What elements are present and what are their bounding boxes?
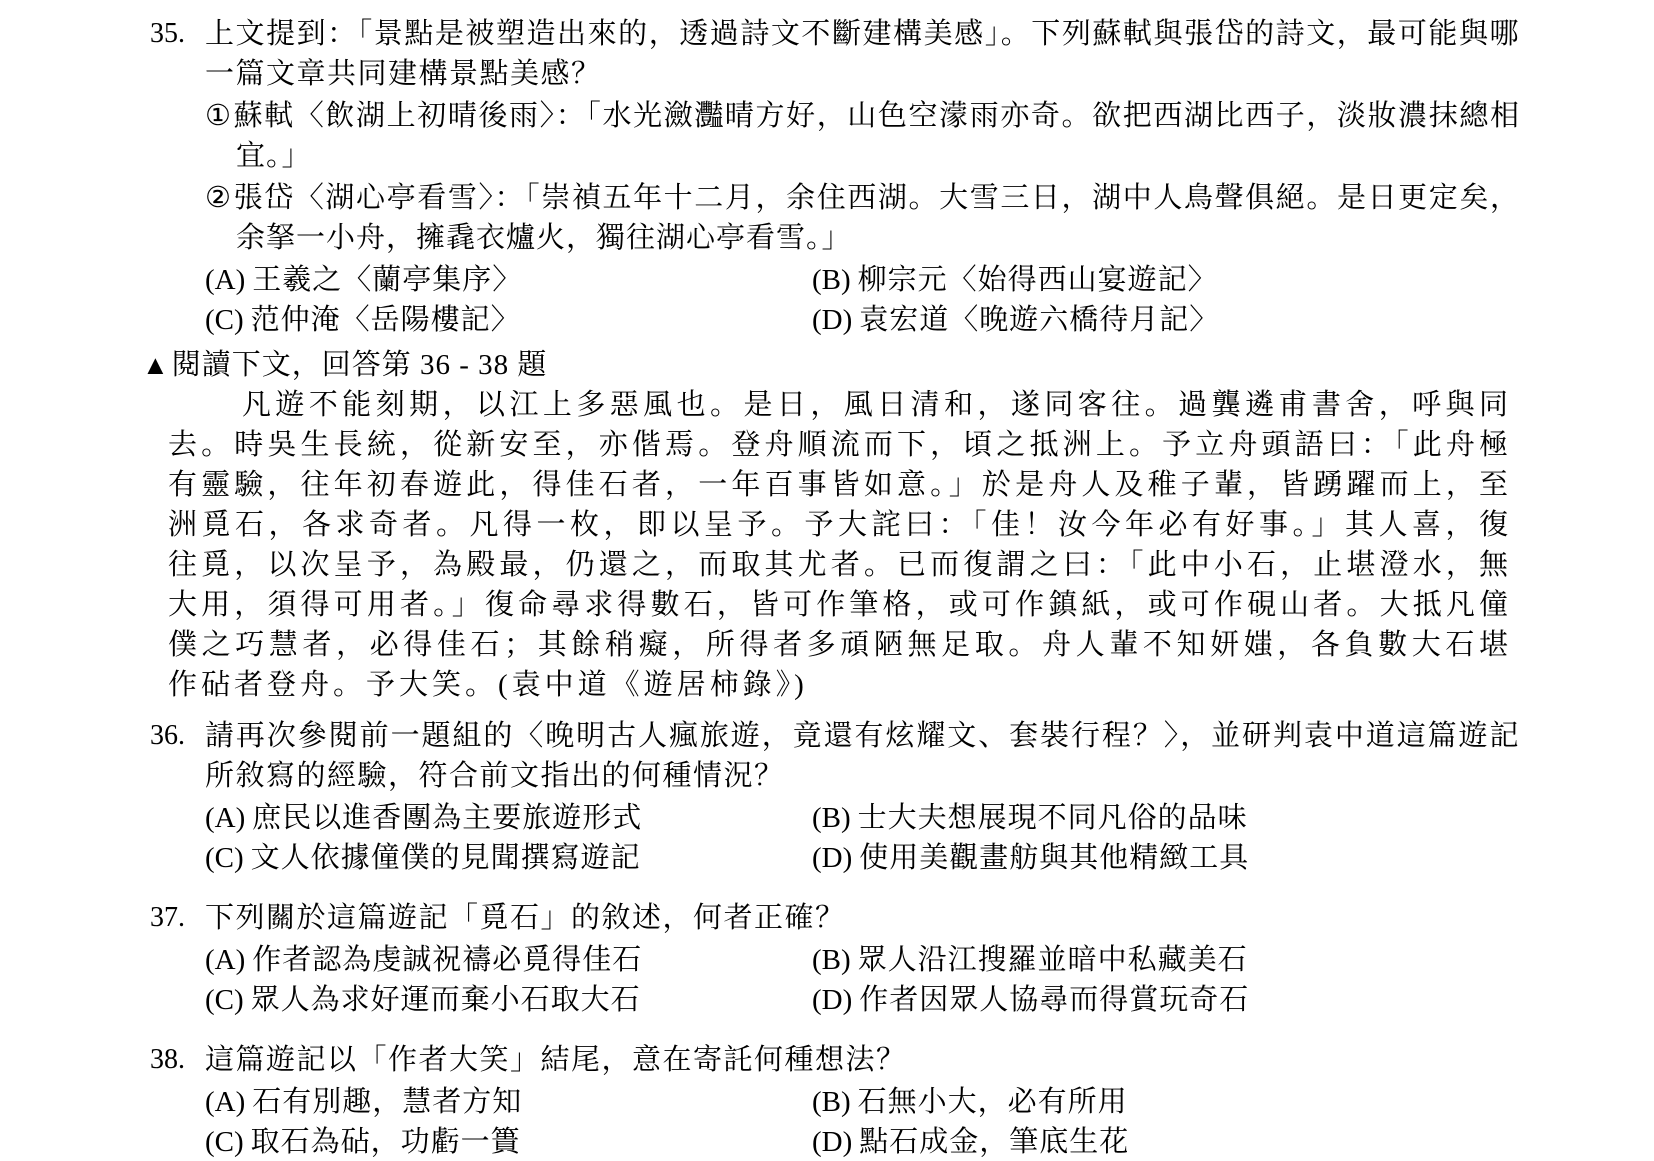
question-stem: 請再次參閱前一題組的〈晚明古人瘋旅遊，竟還有炫耀文、套裝行程？〉，並研判袁中道這… xyxy=(205,716,1520,796)
option-36-d: (D)使用美觀畫舫與其他精緻工具 xyxy=(812,838,1520,878)
option-label: (D) xyxy=(812,842,852,874)
question-body: 上文提到：「景點是被塑造出來的，透過詩文不斷建構美感」。下列蘇軾與張岱的詩文，最… xyxy=(205,14,1520,340)
question-37: 37. 下列關於這篇遊記「覓石」的敘述，何者正確？ (A)作者認為虔誠祝禱必覓得… xyxy=(150,898,1524,1020)
option-36-c: (C)文人依據僮僕的見聞撰寫遊記 xyxy=(205,838,812,878)
option-text: 點石成金，筆底生花 xyxy=(859,1126,1129,1158)
option-37-c: (C)眾人為求好運而棄小石取大石 xyxy=(205,980,812,1020)
option-label: (B) xyxy=(812,802,851,834)
option-text: 柳宗元〈始得西山宴遊記〉 xyxy=(858,264,1218,296)
option-text: 石有別趣，慧者方知 xyxy=(252,1086,522,1118)
question-stem: 上文提到：「景點是被塑造出來的，透過詩文不斷建構美感」。下列蘇軾與張岱的詩文，最… xyxy=(205,14,1520,94)
option-text: 眾人沿江搜羅並暗中私藏美石 xyxy=(858,944,1248,976)
options-grid: (A)石有別趣，慧者方知 (B)石無小大，必有所用 (C)取石為砧，功虧一簣 (… xyxy=(205,1082,1520,1161)
poem-citation-text: 張岱〈湖心亭看雪〉：「崇禎五年十二月，余住西湖。大雪三日，湖中人鳥聲俱絕。是日更… xyxy=(234,182,1520,254)
option-38-d: (D)點石成金，筆底生花 xyxy=(812,1122,1520,1161)
option-37-a: (A)作者認為虔誠祝禱必覓得佳石 xyxy=(205,940,812,980)
reading-group-header: ▲閱讀下文，回答第 36 - 38 題 xyxy=(142,345,1524,385)
options-grid: (A)庶民以進香團為主要旅遊形式 (B)士大夫想展現不同凡俗的品味 (C)文人依… xyxy=(205,798,1520,878)
option-text: 王羲之〈蘭亭集序〉 xyxy=(252,264,522,296)
option-38-b: (B)石無小大，必有所用 xyxy=(812,1082,1520,1122)
question-38: 38. 這篇遊記以「作者大笑」結尾，意在寄託何種想法？ (A)石有別趣，慧者方知… xyxy=(150,1040,1524,1161)
question-36: 36. 請再次參閱前一題組的〈晚明古人瘋旅遊，竟還有炫耀文、套裝行程？〉，並研判… xyxy=(150,716,1524,878)
option-label: (A) xyxy=(205,1086,245,1118)
option-text: 文人依據僮僕的見聞撰寫遊記 xyxy=(251,842,641,874)
circled-two-marker: ② xyxy=(205,182,233,214)
question-body: 請再次參閱前一題組的〈晚明古人瘋旅遊，竟還有炫耀文、套裝行程？〉，並研判袁中道這… xyxy=(205,716,1520,878)
options-grid: (A)王羲之〈蘭亭集序〉 (B)柳宗元〈始得西山宴遊記〉 (C)范仲淹〈岳陽樓記… xyxy=(205,260,1520,340)
option-text: 士大夫想展現不同凡俗的品味 xyxy=(858,802,1248,834)
question-number: 36. xyxy=(150,716,205,756)
option-text: 作者認為虔誠祝禱必覓得佳石 xyxy=(252,944,642,976)
option-35-d: (D)袁宏道〈晚遊六橋待月記〉 xyxy=(812,300,1520,340)
options-grid: (A)作者認為虔誠祝禱必覓得佳石 (B)眾人沿江搜羅並暗中私藏美石 (C)眾人為… xyxy=(205,940,1520,1020)
poem-citation-text: 蘇軾〈飲湖上初晴後雨〉：「水光瀲灩晴方好，山色空濛雨亦奇。欲把西湖比西子，淡妝濃… xyxy=(234,100,1520,172)
option-label: (C) xyxy=(205,304,244,336)
option-text: 作者因眾人協尋而得賞玩奇石 xyxy=(859,984,1249,1016)
option-37-b: (B)眾人沿江搜羅並暗中私藏美石 xyxy=(812,940,1520,980)
option-label: (D) xyxy=(812,304,852,336)
exam-page: 35. 上文提到：「景點是被塑造出來的，透過詩文不斷建構美感」。下列蘇軾與張岱的… xyxy=(0,0,1654,1161)
option-text: 石無小大，必有所用 xyxy=(858,1086,1128,1118)
option-label: (D) xyxy=(812,984,852,1016)
option-text: 范仲淹〈岳陽樓記〉 xyxy=(251,304,521,336)
option-label: (A) xyxy=(205,802,245,834)
poem-citation-2: ②張岱〈湖心亭看雪〉：「崇禎五年十二月，余住西湖。大雪三日，湖中人鳥聲俱絕。是日… xyxy=(205,178,1520,258)
option-text: 使用美觀畫舫與其他精緻工具 xyxy=(859,842,1249,874)
option-text: 庶民以進香團為主要旅遊形式 xyxy=(252,802,642,834)
option-38-a: (A)石有別趣，慧者方知 xyxy=(205,1082,812,1122)
option-text: 取石為砧，功虧一簣 xyxy=(251,1126,521,1158)
option-37-d: (D)作者因眾人協尋而得賞玩奇石 xyxy=(812,980,1520,1020)
option-text: 袁宏道〈晚遊六橋待月記〉 xyxy=(859,304,1219,336)
option-label: (C) xyxy=(205,842,244,874)
option-label: (C) xyxy=(205,1126,244,1158)
option-38-c: (C)取石為砧，功虧一簣 xyxy=(205,1122,812,1161)
option-text: 眾人為求好運而棄小石取大石 xyxy=(251,984,641,1016)
question-35: 35. 上文提到：「景點是被塑造出來的，透過詩文不斷建構美感」。下列蘇軾與張岱的… xyxy=(150,14,1524,340)
question-number: 35. xyxy=(150,14,205,54)
option-label: (B) xyxy=(812,1086,851,1118)
option-label: (A) xyxy=(205,944,245,976)
option-36-a: (A)庶民以進香團為主要旅遊形式 xyxy=(205,798,812,838)
reading-instruction: 閱讀下文，回答第 36 - 38 題 xyxy=(172,349,548,381)
option-label: (C) xyxy=(205,984,244,1016)
question-body: 這篇遊記以「作者大笑」結尾，意在寄託何種想法？ (A)石有別趣，慧者方知 (B)… xyxy=(205,1040,1520,1161)
option-35-c: (C)范仲淹〈岳陽樓記〉 xyxy=(205,300,812,340)
option-36-b: (B)士大夫想展現不同凡俗的品味 xyxy=(812,798,1520,838)
triangle-bullet-icon: ▲ xyxy=(142,350,170,380)
question-number: 37. xyxy=(150,898,205,938)
circled-one-marker: ① xyxy=(205,100,233,132)
question-body: 下列關於這篇遊記「覓石」的敘述，何者正確？ (A)作者認為虔誠祝禱必覓得佳石 (… xyxy=(205,898,1520,1020)
option-35-a: (A)王羲之〈蘭亭集序〉 xyxy=(205,260,812,300)
question-number: 38. xyxy=(150,1040,205,1080)
poem-citation-1: ①蘇軾〈飲湖上初晴後雨〉：「水光瀲灩晴方好，山色空濛雨亦奇。欲把西湖比西子，淡妝… xyxy=(205,96,1520,176)
reading-passage: 凡遊不能刻期，以江上多惡風也。是日，風日清和，遂同客往。過龔遴甫書舍，呼與同去。… xyxy=(168,385,1512,705)
option-label: (B) xyxy=(812,264,851,296)
question-stem: 這篇遊記以「作者大笑」結尾，意在寄託何種想法？ xyxy=(205,1040,1520,1080)
option-35-b: (B)柳宗元〈始得西山宴遊記〉 xyxy=(812,260,1520,300)
option-label: (B) xyxy=(812,944,851,976)
option-label: (D) xyxy=(812,1126,852,1158)
option-label: (A) xyxy=(205,264,245,296)
question-stem: 下列關於這篇遊記「覓石」的敘述，何者正確？ xyxy=(205,898,1520,938)
